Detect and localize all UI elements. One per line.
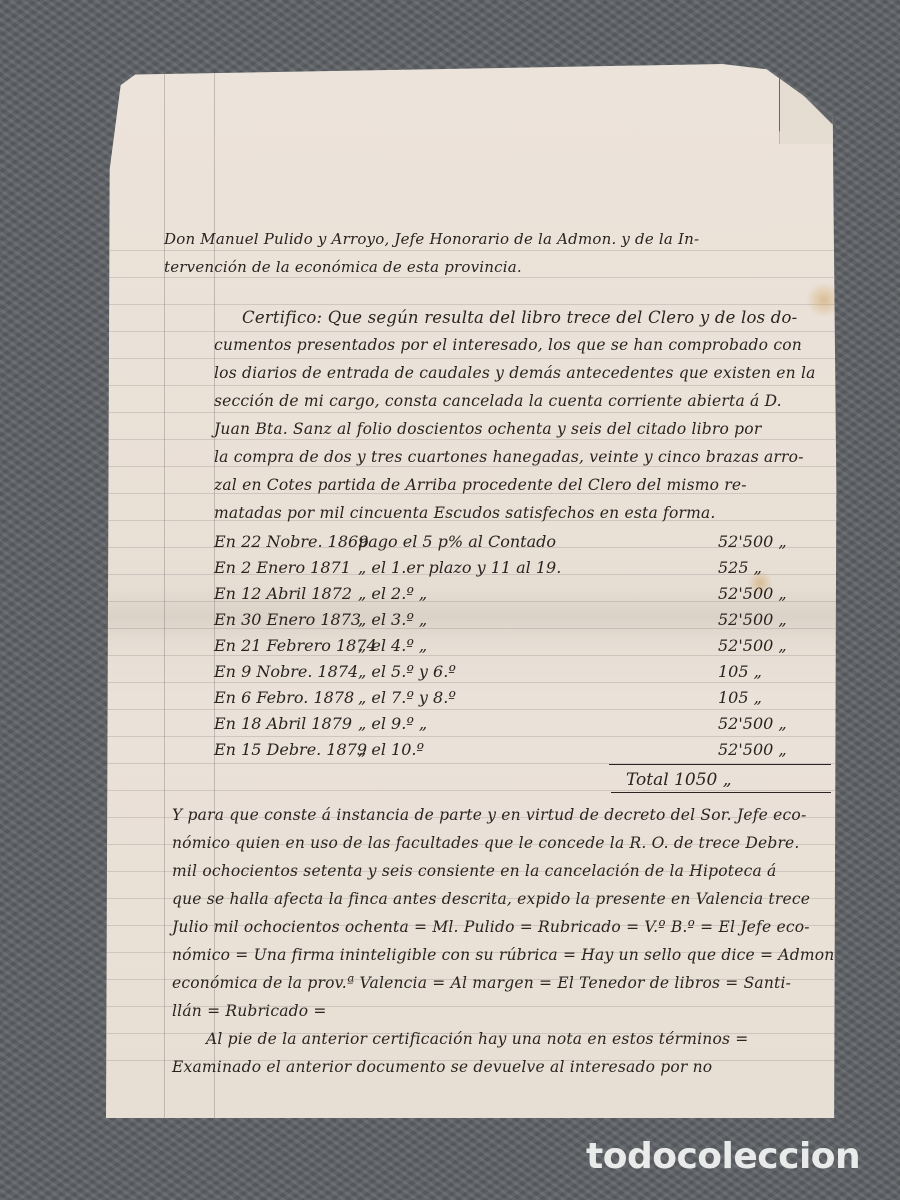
note-line: Al pie de la anterior certificación hay … [206,1030,748,1048]
payment-date: En 2 Enero 1871 [214,558,351,577]
payment-row: En 15 Debre. 1879 „ el 10.º 52'500 „ [106,740,840,764]
closing-line: que se halla afecta la finca antes descr… [172,890,810,908]
payment-row: En 30 Enero 1873 „ el 3.º „ 52'500 „ [106,610,840,634]
payment-description: „ el 7.º y 8.º [358,688,456,707]
closing-line: Y para que conste á instancia de parte y… [172,806,806,824]
document-paper: Don Manuel Pulido y Arroyo, Jefe Honorar… [106,64,840,1118]
payment-date: En 18 Abril 1879 [214,714,352,733]
closing-line: nómico quien en uso de las facultades qu… [172,834,800,852]
folded-corner [779,64,840,144]
payment-amount: 52'500 „ [718,740,787,759]
closing-line: llán = Rubricado = [172,1002,327,1020]
sum-rule [609,764,831,765]
payment-description: „ el 3.º „ [358,610,427,629]
total-underline [611,792,831,793]
payment-date: En 22 Nobre. 1869 [214,532,368,551]
payment-date: En 30 Enero 1873 [214,610,361,629]
payment-row: En 22 Nobre. 1869 pago el 5 p% al Contad… [106,532,840,556]
closing-line: nómico = Una firma ininteligible con su … [172,946,840,964]
payment-amount: 52'500 „ [718,532,787,551]
payment-row: En 18 Abril 1879 „ el 9.º „ 52'500 „ [106,714,840,738]
payment-row: En 6 Febro. 1878 „ el 7.º y 8.º 105 „ [106,688,840,712]
certification-line: matadas por mil cincuenta Escudos satisf… [214,504,716,522]
payment-row: En 12 Abril 1872 „ el 2.º „ 52'500 „ [106,584,840,608]
header-line-2: tervención de la económica de esta provi… [164,258,522,276]
payment-description: „ el 5.º y 6.º [358,662,456,681]
payment-date: En 6 Febro. 1878 [214,688,354,707]
payment-amount: 105 „ [718,688,762,707]
payment-description: pago el 5 p% al Contado [358,532,556,551]
closing-line: Julio mil ochocientos ochenta = Ml. Puli… [172,918,810,936]
closing-line: económica de la prov.ª Valencia = Al mar… [172,974,791,992]
payment-description: „ el 1.er plazo y 11 al 19. [358,558,561,577]
certification-line: Certifico: Que según resulta del libro t… [242,308,797,327]
payment-description: „ el 10.º [358,740,424,759]
stain [806,282,842,318]
certification-line: sección de mi cargo, consta cancelada la… [214,392,782,410]
certification-line: la compra de dos y tres cuartones hanega… [214,448,804,466]
payment-amount: 52'500 „ [718,636,787,655]
note-line: Examinado el anterior documento se devue… [172,1058,712,1076]
watermark-logo: todocoleccion [586,1136,860,1177]
payment-description: „ el 2.º „ [358,584,427,603]
certification-line: Juan Bta. Sanz al folio doscientos ochen… [214,420,761,438]
certification-line: cumentos presentados por el interesado, … [214,336,802,354]
payment-date: En 15 Debre. 1879 [214,740,367,759]
payment-date: En 12 Abril 1872 [214,584,352,603]
payment-amount: 52'500 „ [718,610,787,629]
payment-date: En 21 Febrero 1874 [214,636,377,655]
payment-amount: 52'500 „ [718,714,787,733]
total-label: Total [626,770,669,790]
total-value: 1050 „ [674,770,731,790]
payment-row: En 2 Enero 1871 „ el 1.er plazo y 11 al … [106,558,840,582]
payment-description: „ el 4.º „ [358,636,427,655]
payment-description: „ el 9.º „ [358,714,427,733]
payment-amount: 52'500 „ [718,584,787,603]
certification-line: los diarios de entrada de caudales y dem… [214,364,816,382]
payment-amount: 525 „ [718,558,762,577]
payment-row: En 21 Febrero 1874 „ el 4.º „ 52'500 „ [106,636,840,660]
certification-line: zal en Cotes partida de Arriba procedent… [214,476,747,494]
closing-line: mil ochocientos setenta y seis consiente… [172,862,776,880]
payment-amount: 105 „ [718,662,762,681]
payment-row: En 9 Nobre. 1874 „ el 5.º y 6.º 105 „ [106,662,840,686]
payment-date: En 9 Nobre. 1874 [214,662,358,681]
header-line-1: Don Manuel Pulido y Arroyo, Jefe Honorar… [164,230,699,248]
payment-total: Total 1050 „ [626,770,732,790]
